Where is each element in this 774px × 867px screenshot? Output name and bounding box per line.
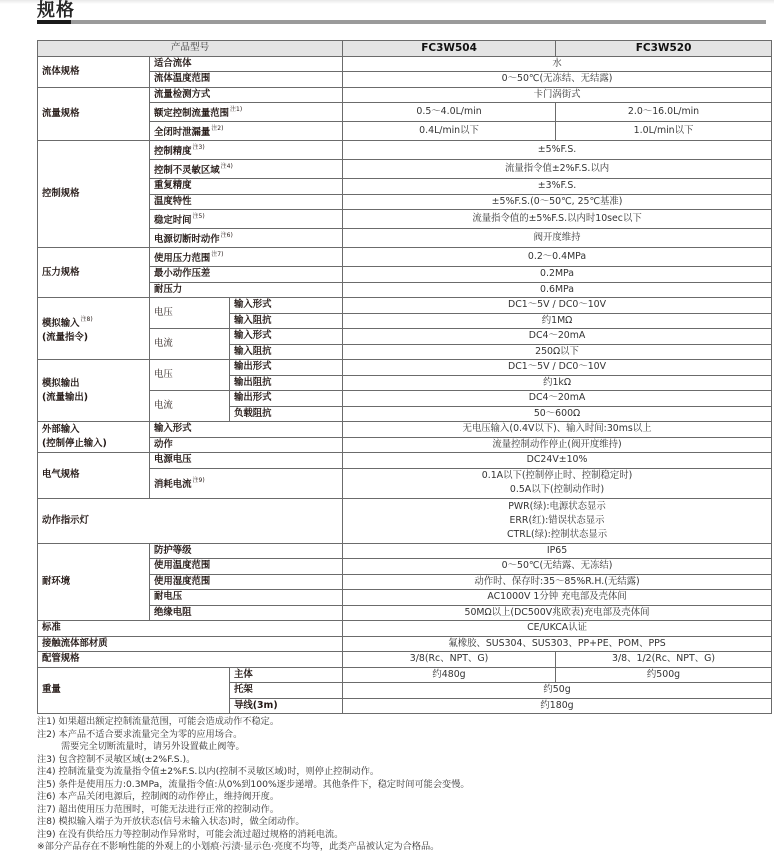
item-label: 输入形式	[230, 298, 343, 314]
item-label: 重复精度	[150, 179, 343, 195]
spec-value: 约50g	[343, 683, 772, 699]
item-label: 温度特性	[150, 194, 343, 210]
spec-value: 约1MΩ	[343, 313, 772, 329]
table-row: 重量 主体 约480g 约500g	[38, 667, 772, 683]
item-cell: 控制不灵敏区域注4)	[150, 160, 343, 179]
item-label: 控制不灵敏区域	[154, 165, 220, 176]
note-ref: 注9)	[193, 477, 205, 484]
sub-category-current: 电流	[150, 329, 230, 360]
spec-value: 动作时、保存时:35～85%R.H.(无结露)	[343, 574, 772, 590]
item-label: 控制精度	[154, 146, 192, 157]
note-ref: 注3)	[193, 144, 205, 151]
item-label: 输入阻抗	[230, 344, 343, 360]
spec-value: DC24V±10%	[343, 453, 772, 469]
product-model-label: 产品型号	[38, 41, 343, 57]
spec-value: 0.4L/min以下	[343, 122, 556, 141]
spec-value: 无电压输入(0.4V以下)、输入时间:30ms以上	[343, 422, 772, 438]
spec-value: 0.2MPa	[343, 267, 772, 283]
spec-value: 阀开度维持	[343, 229, 772, 248]
disclaimer: ※部分产品存在不影响性能的外观上的小划痕·污渍·显示色·亮度不均等，此类产品被认…	[37, 841, 470, 854]
item-label: 流量检测方式	[150, 87, 343, 103]
item-label: 输入形式	[230, 329, 343, 345]
category-weight: 重量	[38, 667, 230, 714]
note-ref: 注8)	[81, 316, 93, 323]
spec-value: 3/8(Rc、NPT、G)	[343, 652, 556, 668]
sub-category-voltage: 电压	[150, 298, 230, 329]
footnote: 注9) 在没有供给压力等控制动作异常时，可能会流过超过规格的消耗电流。	[37, 829, 470, 842]
item-label: 使用湿度范围	[150, 574, 343, 590]
spec-value: AC1000V 1分钟 充电部及壳体间	[343, 590, 772, 606]
spec-value: 0.5～4.0L/min	[343, 103, 556, 122]
model-fc3w504: FC3W504	[343, 41, 556, 57]
category-standard: 标准	[38, 621, 343, 637]
item-label: 最小动作压差	[150, 267, 343, 283]
spec-value: 流量控制动作停止(阀开度维持)	[343, 437, 772, 453]
footnote: 注7) 超出使用压力范围时，可能无法进行正常的控制动作。	[37, 804, 470, 817]
table-header-row: 产品型号 FC3W504 FC3W520	[38, 41, 772, 57]
spec-value: 流量指令值±2%F.S.以内	[343, 160, 772, 179]
item-label: 输出阻抗	[230, 375, 343, 391]
note-ref: 注5)	[193, 213, 205, 220]
spec-value: 3/8、1/2(Rc、NPT、G)	[556, 652, 772, 668]
category-electrical: 电气规格	[38, 453, 150, 499]
item-label: 绝缘电阻	[150, 605, 343, 621]
spec-value: 1.0L/min以下	[556, 122, 772, 141]
table-row: 外部输入(控制停止输入) 输入形式 无电压输入(0.4V以下)、输入时间:30m…	[38, 422, 772, 438]
table-row: 流体规格 适合流体 水	[38, 56, 772, 72]
table-row: 模拟输出(流量输出) 电压 输出形式 DC1～5V / DC0～10V	[38, 360, 772, 376]
item-cell: 控制精度注3)	[150, 141, 343, 160]
category-pressure: 压力规格	[38, 248, 150, 298]
item-label: 主体	[230, 667, 343, 683]
spec-value: 约500g	[556, 667, 772, 683]
category-material: 接触流体部材质	[38, 636, 343, 652]
item-label: 额定控制流量范围	[154, 108, 229, 119]
title-underline	[37, 20, 766, 24]
item-label: 负载阻抗	[230, 406, 343, 422]
table-row: 接触流体部材质 氟橡胶、SUS304、SUS303、PP+PE、POM、PPS	[38, 636, 772, 652]
item-label: 耐压力	[150, 282, 343, 298]
item-label: 稳定时间	[154, 215, 192, 226]
item-cell: 额定控制流量范围注1)	[150, 103, 343, 122]
note-ref: 注6)	[221, 232, 233, 239]
item-label: 流体温度范围	[150, 72, 343, 88]
indicator-ctrl: CTRL(绿):控制状态显示	[347, 528, 767, 542]
table-row: 电气规格 电源电压 DC24V±10%	[38, 453, 772, 469]
spec-value: 0～50℃(无冻结、无结露)	[343, 72, 772, 88]
item-label: 使用压力范围	[154, 253, 210, 264]
spec-value: 流量指令值的±5%F.S.以内时10sec以下	[343, 210, 772, 229]
table-row: 控制规格 控制精度注3) ±5%F.S.	[38, 141, 772, 160]
category-sublabel: (控制停止输入)	[42, 438, 107, 449]
indicator-err: ERR(红):错误状态显示	[347, 514, 767, 528]
note-ref: 注2)	[211, 125, 223, 132]
category-label: 模拟输出	[42, 378, 80, 389]
note-ref: 注7)	[211, 251, 223, 258]
category-indicator: 动作指示灯	[38, 498, 343, 543]
model-fc3w520: FC3W520	[556, 41, 772, 57]
category-piping: 配管规格	[38, 652, 343, 668]
note-ref: 注4)	[221, 163, 233, 170]
spec-value: 氟橡胶、SUS304、SUS303、PP+PE、POM、PPS	[343, 636, 772, 652]
spec-value: CE/UKCA认证	[343, 621, 772, 637]
spec-value: 0.2～0.4MPa	[343, 248, 772, 267]
table-row: 流量规格 流量检测方式 卡门涡街式	[38, 87, 772, 103]
sub-category-voltage: 电压	[150, 360, 230, 391]
category-fluid: 流体规格	[38, 56, 150, 87]
spec-value-line: 0.1A以下(控制停止时、控制稳定时)	[347, 469, 767, 483]
spec-value: 约480g	[343, 667, 556, 683]
table-row: 配管规格 3/8(Rc、NPT、G) 3/8、1/2(Rc、NPT、G)	[38, 652, 772, 668]
item-label: 导线(3m)	[230, 698, 343, 714]
spec-value: DC1～5V / DC0～10V	[343, 360, 772, 376]
spec-value: 50MΩ以上(DC500V兆欧表)充电部及壳体间	[343, 605, 772, 621]
footnote: 注3) 包含控制不灵敏区域(±2%F.S.)。	[37, 754, 470, 767]
category-environment: 耐环境	[38, 543, 150, 621]
item-cell: 消耗电流注9)	[150, 468, 343, 498]
page-title: 规格	[37, 0, 75, 22]
footnote: 注6) 本产品关闭电源后，控制阀的动作停止，维持阀开度。	[37, 791, 470, 804]
sub-category-current: 电流	[150, 391, 230, 422]
spec-value: ±5%F.S.	[343, 141, 772, 160]
table-row: 动作指示灯 PWR(绿):电源状态显示ERR(红):错误状态显示CTRL(绿):…	[38, 498, 772, 543]
spec-value: IP65	[343, 543, 772, 559]
spec-value: DC4～20mA	[343, 329, 772, 345]
footnote: 注5) 条件是使用压力:0.3MPa，流量指令值:从0%到100%逐步递增。其他…	[37, 779, 470, 792]
spec-value: 约180g	[343, 698, 772, 714]
spec-value: 0.1A以下(控制停止时、控制稳定时)0.5A以下(控制动作时)	[343, 468, 772, 498]
category-flow: 流量规格	[38, 87, 150, 141]
spec-value: 250Ω以下	[343, 344, 772, 360]
item-label: 动作	[150, 437, 343, 453]
category-sublabel: (流量指令)	[42, 332, 88, 343]
spec-value: PWR(绿):电源状态显示ERR(红):错误状态显示CTRL(绿):控制状态显示	[343, 498, 772, 543]
footnotes: 注1) 如果超出额定控制流量范围，可能会造成动作不稳定。 注2) 本产品不适合要…	[37, 716, 470, 854]
item-label: 输出形式	[230, 391, 343, 407]
category-external-input: 外部输入(控制停止输入)	[38, 422, 150, 453]
spec-value: 约1kΩ	[343, 375, 772, 391]
item-label: 适合流体	[150, 56, 343, 72]
spec-value: DC1～5V / DC0～10V	[343, 298, 772, 314]
footnote: 注8) 模拟输入端子为开放状态(信号未输入状态)时，做全闭动作。	[37, 816, 470, 829]
table-row: 标准 CE/UKCA认证	[38, 621, 772, 637]
spec-value: ±5%F.S.(0～50℃, 25℃基准)	[343, 194, 772, 210]
spec-value: 0～50℃(无结露、无冻结)	[343, 559, 772, 575]
spec-value: 2.0～16.0L/min	[556, 103, 772, 122]
spec-value: DC4～20mA	[343, 391, 772, 407]
item-cell: 电源切断时动作注6)	[150, 229, 343, 248]
item-label: 托架	[230, 683, 343, 699]
item-label: 输入阻抗	[230, 313, 343, 329]
category-label: 外部输入	[42, 424, 80, 435]
footnote-continuation: 需要完全切断流量时，请另外设置截止阀等。	[37, 741, 470, 754]
spec-value: ±3%F.S.	[343, 179, 772, 195]
footnote: 注2) 本产品不适合要求流量完全为零的应用场合。	[37, 729, 470, 742]
item-label: 电源切断时动作	[154, 234, 220, 245]
spec-value: 水	[343, 56, 772, 72]
item-label: 输入形式	[150, 422, 343, 438]
category-analog-output: 模拟输出(流量输出)	[38, 360, 150, 422]
item-label: 全闭时泄漏量	[154, 127, 210, 138]
item-cell: 全闭时泄漏量注2)	[150, 122, 343, 141]
item-label: 使用温度范围	[150, 559, 343, 575]
item-label: 消耗电流	[154, 479, 192, 490]
spec-value: 50～600Ω	[343, 406, 772, 422]
item-cell: 稳定时间注5)	[150, 210, 343, 229]
footnote: 注1) 如果超出额定控制流量范围，可能会造成动作不稳定。	[37, 716, 470, 729]
category-sublabel: (流量输出)	[42, 392, 88, 403]
table-row: 耐环境 防护等级 IP65	[38, 543, 772, 559]
top-shade	[0, 0, 774, 4]
table-row: 压力规格 使用压力范围注7) 0.2～0.4MPa	[38, 248, 772, 267]
item-label: 输出形式	[230, 360, 343, 376]
footnote: 注4) 控制流量变为流量指令值±2%F.S.以内(控制不灵敏区域)时，则停止控制…	[37, 766, 470, 779]
spec-value: 卡门涡街式	[343, 87, 772, 103]
spec-table: 产品型号 FC3W504 FC3W520 流体规格 适合流体 水 流体温度范围 …	[37, 40, 772, 714]
title-underline-accent	[37, 20, 71, 24]
item-cell: 使用压力范围注7)	[150, 248, 343, 267]
item-label: 电源电压	[150, 453, 343, 469]
item-label: 防护等级	[150, 543, 343, 559]
indicator-pwr: PWR(绿):电源状态显示	[347, 500, 767, 514]
note-ref: 注1)	[230, 106, 242, 113]
category-label: 模拟输入	[42, 318, 80, 329]
category-analog-input: 模拟输入注8)(流量指令)	[38, 298, 150, 360]
item-label: 耐电压	[150, 590, 343, 606]
spec-value-line: 0.5A以下(控制动作时)	[347, 483, 767, 497]
category-control: 控制规格	[38, 141, 150, 248]
table-row: 模拟输入注8)(流量指令) 电压 输入形式 DC1～5V / DC0～10V	[38, 298, 772, 314]
spec-value: 0.6MPa	[343, 282, 772, 298]
